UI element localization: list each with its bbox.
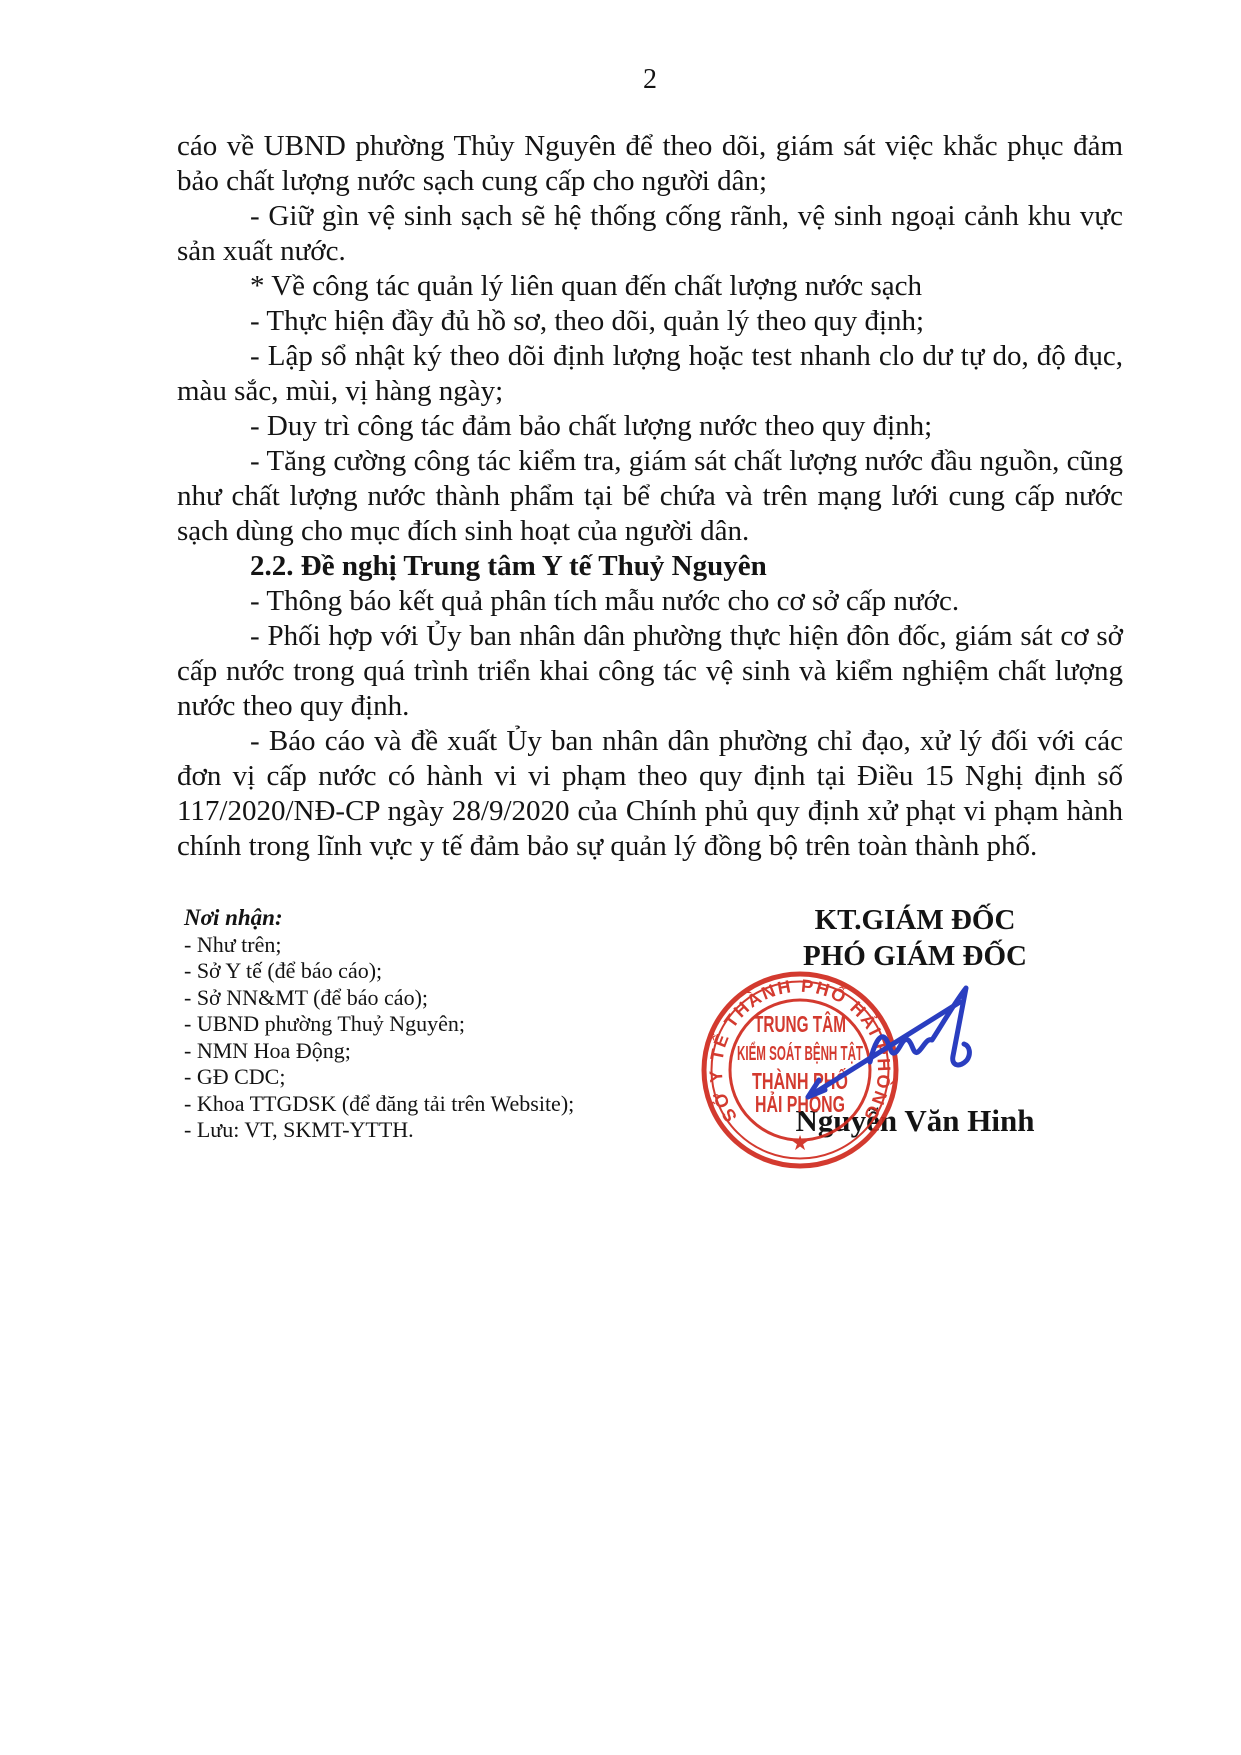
recipient-item: - Khoa TTGDSK (để đăng tải trên Website)… xyxy=(184,1091,574,1118)
recipient-item: - Như trên; xyxy=(184,932,574,959)
recipient-item: - UBND phường Thuỷ Nguyên; xyxy=(184,1011,574,1038)
stamp-center-line-1: TRUNG TÂM xyxy=(754,1010,846,1037)
recipient-item: - Sở NN&MT (để báo cáo); xyxy=(184,985,574,1012)
body-paragraph: - Thông báo kết quả phân tích mẫu nước c… xyxy=(177,584,1123,619)
recipients-heading: Nơi nhận: xyxy=(184,905,574,932)
body-paragraph: - Giữ gìn vệ sinh sạch sẽ hệ thống cống … xyxy=(177,199,1123,269)
stamp-center-line-2: KIỂM SOÁT BỆNH TẬT xyxy=(737,1041,863,1065)
recipient-item: - GĐ CDC; xyxy=(184,1064,574,1091)
signature-flourish-stroke xyxy=(808,1002,960,1097)
body-paragraph: - Báo cáo và đề xuất Ủy ban nhân dân phư… xyxy=(177,724,1123,864)
signer-position-line1: KT.GIÁM ĐỐC xyxy=(715,902,1115,938)
signer-position-line2: PHÓ GIÁM ĐỐC xyxy=(715,938,1115,974)
stamp-center-line-3: THÀNH PHỐ xyxy=(752,1067,848,1094)
recipient-item: - NMN Hoa Động; xyxy=(184,1038,574,1065)
signature-title-block: KT.GIÁM ĐỐC PHÓ GIÁM ĐỐC xyxy=(715,902,1115,974)
recipients-block: Nơi nhận: - Như trên;- Sở Y tế (để báo c… xyxy=(184,905,574,1144)
recipient-item: - Lưu: VT, SKMT-YTTH. xyxy=(184,1117,574,1144)
body-paragraph: cáo về UBND phường Thủy Nguyên để theo d… xyxy=(177,129,1123,199)
body-paragraph: - Duy trì công tác đảm bảo chất lượng nư… xyxy=(177,409,1123,444)
signature-ink xyxy=(808,988,969,1097)
document-page: 2 cáo về UBND phường Thủy Nguyên để theo… xyxy=(0,0,1241,1755)
body-text: cáo về UBND phường Thủy Nguyên để theo d… xyxy=(177,129,1123,864)
signer-name: Nguyễn Văn Hinh xyxy=(715,1103,1115,1139)
body-paragraph: - Thực hiện đầy đủ hồ sơ, theo dõi, quản… xyxy=(177,304,1123,339)
recipient-item: - Sở Y tế (để báo cáo); xyxy=(184,958,574,985)
body-paragraph: - Phối hợp với Ủy ban nhân dân phường th… xyxy=(177,619,1123,724)
recipients-list: - Như trên;- Sở Y tế (để báo cáo);- Sở N… xyxy=(184,932,574,1144)
page-number: 2 xyxy=(177,64,1123,96)
body-paragraph: * Về công tác quản lý liên quan đến chất… xyxy=(177,269,1123,304)
signature-main-stroke xyxy=(870,988,969,1065)
body-paragraph: - Lập sổ nhật ký theo dõi định lượng hoặ… xyxy=(177,339,1123,409)
body-paragraph: 2.2. Đề nghị Trung tâm Y tế Thuỷ Nguyên xyxy=(177,549,1123,584)
body-paragraph: - Tăng cường công tác kiểm tra, giám sát… xyxy=(177,444,1123,549)
